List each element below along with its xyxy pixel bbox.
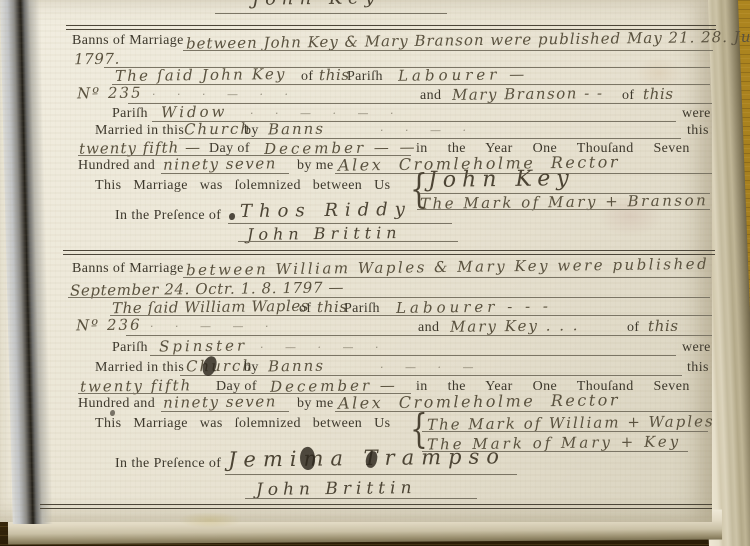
writing-line (335, 411, 712, 412)
writing-line (110, 315, 712, 316)
bride-condition: Widow (161, 103, 228, 122)
were-label: were (682, 106, 711, 122)
church-entry: Church (184, 120, 252, 139)
groom-occupation: Labourer - - - (396, 297, 552, 317)
presence-label: In the Preſence of (115, 208, 221, 224)
bride-condition: Spinster (159, 336, 247, 355)
solemnized-label: This Marriage was ſolemnized between Us (95, 178, 390, 194)
writing-line (180, 375, 682, 376)
of-label: of (627, 320, 639, 336)
writing-line (183, 50, 713, 51)
and-label: and (418, 320, 439, 336)
officiant-name: Alex Cromleholme Rector (338, 390, 620, 412)
banns-entry-continued: 1797. (74, 50, 120, 69)
banns-header-label: Banns of Marriage (72, 261, 184, 277)
of-label: of (301, 69, 313, 85)
writing-line (161, 411, 289, 412)
groom-signature: John Key (428, 166, 575, 193)
by-me-label: by me (297, 158, 334, 174)
parish-label: Pariſh (347, 69, 383, 85)
parish-label: Pariſh (112, 340, 148, 356)
writing-line (238, 241, 458, 242)
record-number: Nº 235 (77, 84, 143, 103)
writing-line (183, 277, 711, 278)
solemnized-label: This Marriage was ſolemnized between Us (95, 416, 390, 432)
married-label: Married in this (95, 360, 184, 376)
previous-record-signature-fragment: John Key (252, 0, 381, 10)
ink-blot (110, 410, 115, 416)
by-label: by (244, 123, 259, 139)
writing-line (179, 138, 681, 139)
groom-occupation: Labourer — (398, 65, 528, 85)
ditto-marks: · — · — · (260, 341, 387, 354)
presence-label: In the Preſence of (115, 456, 221, 472)
this-entry: this (648, 317, 679, 335)
groom-entry: The ſaid John Key (115, 65, 287, 85)
witness-signature-2: John Brittin (256, 478, 417, 500)
this-entry: this (643, 85, 674, 103)
banns-header-label: Banns of Marriage (72, 33, 184, 49)
writing-line (126, 335, 712, 336)
record-number: Nº 236 (76, 316, 142, 335)
this-label: this (687, 123, 709, 139)
and-label: and (420, 88, 441, 104)
method-entry: Banns (268, 357, 325, 376)
writing-line (161, 173, 289, 174)
hundred-label: Hundred and (78, 158, 155, 174)
bride-name: Mary Key . . . (450, 316, 580, 336)
writing-line (150, 355, 676, 356)
writing-line (112, 84, 710, 85)
ditto-marks: · · — · — · (250, 107, 402, 120)
by-me-label: by me (297, 396, 334, 412)
ditto-marks: · · — — · (150, 320, 277, 333)
this-entry: this (319, 66, 350, 84)
section-divider (40, 504, 712, 509)
writing-line (225, 474, 517, 475)
bride-name: Mary Branson - - (452, 84, 604, 104)
writing-line (417, 209, 710, 210)
by-label: by (244, 360, 259, 376)
year-words: ninety seven (163, 392, 277, 411)
parish-label: Pariſh (112, 106, 148, 122)
ditto-marks: · · · — · · (152, 88, 297, 101)
hundred-label: Hundred and (78, 396, 155, 412)
writing-line (215, 13, 447, 14)
ditto-marks: · — · — (380, 361, 482, 374)
witness-signature-1: Thos Riddy (240, 199, 412, 222)
of-label: of (622, 88, 634, 104)
section-divider (63, 250, 715, 255)
method-entry: Banns (268, 120, 325, 139)
married-label: Married in this (95, 123, 184, 139)
were-label: were (682, 340, 711, 356)
register-photo: John Key Banns of Marriage between John … (0, 0, 750, 546)
year-words: ninety seven (163, 154, 277, 173)
writing-line (245, 498, 477, 499)
ink-blot (229, 213, 235, 220)
ditto-marks: · · — · (380, 124, 475, 137)
this-label: this (687, 360, 709, 376)
